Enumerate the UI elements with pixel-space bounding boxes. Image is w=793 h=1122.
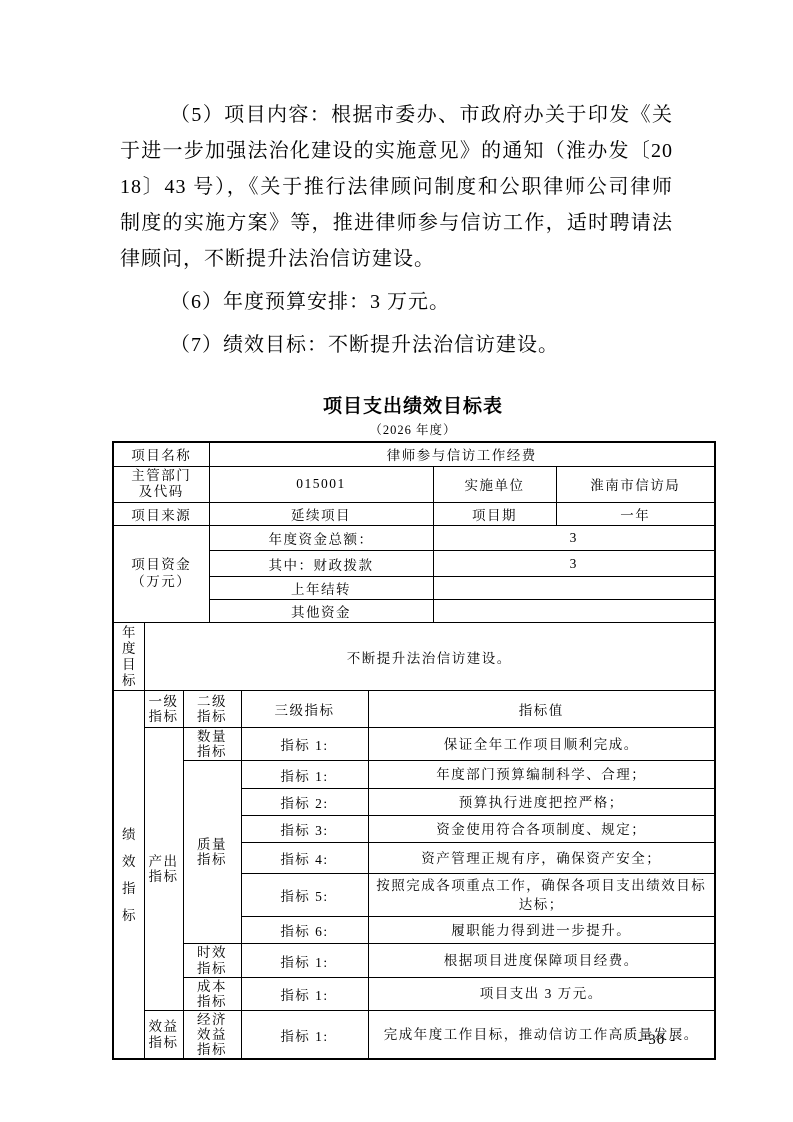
indicator-row: 质量 指标 指标 1: 年度部门预算编制科学、合理； — [113, 761, 715, 789]
indicator-value: 按照完成各项重点工作，确保各项目支出绩效目标达标； — [368, 874, 715, 917]
paragraph-item-5: （5）项目内容：根据市委办、市政府办关于印发《关于进一步加强法治化建设的实施意见… — [120, 97, 673, 277]
row-dept: 主管部门 及代码 015001 实施单位 淮南市信访局 — [113, 466, 715, 503]
level1-benefit: 效益 指标 — [144, 1010, 183, 1059]
level2-quality: 质量 指标 — [183, 761, 241, 944]
indicator-row: 效益 指标 经济 效益 指标 指标 1: 完成年度工作目标，推动信访工作高质量发… — [113, 1010, 715, 1059]
funding-total-label: 年度资金总额： — [209, 526, 433, 551]
funding-carryover-value — [433, 577, 715, 600]
source-value: 延续项目 — [209, 503, 433, 526]
project-name-value: 律师参与信访工作经费 — [209, 442, 715, 466]
funding-fiscal-value: 3 — [433, 551, 715, 577]
level3-label: 指标 5: — [241, 874, 368, 917]
level3-label: 指标 2: — [241, 789, 368, 816]
level3-label: 指标 4: — [241, 843, 368, 874]
level2-timeliness: 时效 指标 — [183, 944, 241, 977]
row-funding-total: 项目资金 （万元） 年度资金总额： 3 — [113, 526, 715, 551]
body-text: （5）项目内容：根据市委办、市政府办关于印发《关于进一步加强法治化建设的实施意见… — [120, 97, 673, 363]
period-label: 项目期 — [433, 503, 556, 526]
row-annual-goal: 年度目标 不断提升法治信访建设。 — [113, 623, 715, 691]
annual-goal-label: 年度目标 — [122, 625, 136, 689]
indicator-value: 根据项目进度保障项目经费。 — [368, 944, 715, 977]
level3-label: 指标 1: — [241, 728, 368, 761]
dept-code-value: 015001 — [209, 466, 433, 503]
level3-label: 指标 6: — [241, 917, 368, 944]
indicator-value: 项目支出 3 万元。 — [368, 977, 715, 1010]
document-page: （5）项目内容：根据市委办、市政府办关于印发《关于进一步加强法治化建设的实施意见… — [0, 0, 793, 1122]
source-label: 项目来源 — [113, 503, 209, 526]
header-level2: 二级 指标 — [183, 691, 241, 728]
annual-goal-label-cell: 年度目标 — [113, 623, 144, 691]
indicator-value: 保证全年工作项目顺利完成。 — [368, 728, 715, 761]
annual-goal-text: 不断提升法治信访建设。 — [144, 623, 715, 691]
funding-total-value: 3 — [433, 526, 715, 551]
impl-unit-label: 实施单位 — [433, 466, 556, 503]
paragraph-item-6: （6）年度预算安排：3 万元。 — [120, 284, 673, 320]
header-level3: 三级指标 — [241, 691, 368, 728]
paragraph-item-7: （7）绩效目标：不断提升法治信访建设。 — [120, 327, 673, 363]
funding-label: 项目资金 （万元） — [113, 526, 209, 623]
indicator-row: 产出 指标 数量 指标 指标 1: 保证全年工作项目顺利完成。 — [113, 728, 715, 761]
indicator-side-cell: 绩效指标 — [113, 691, 144, 1059]
level3-label: 指标 1: — [241, 977, 368, 1010]
funding-carryover-label: 上年结转 — [209, 577, 433, 600]
indicator-value: 履职能力得到进一步提升。 — [368, 917, 715, 944]
row-indicator-header: 绩效指标 一级 指标 二级 指标 三级指标 指标值 — [113, 691, 715, 728]
indicator-value: 资产管理正规有序，确保资产安全； — [368, 843, 715, 874]
level3-label: 指标 1: — [241, 944, 368, 977]
period-value: 一年 — [556, 503, 715, 526]
project-name-label: 项目名称 — [113, 442, 209, 466]
row-project-name: 项目名称 律师参与信访工作经费 — [113, 442, 715, 466]
level3-label: 指标 3: — [241, 816, 368, 843]
level3-label: 指标 1: — [241, 1010, 368, 1059]
indicator-value: 年度部门预算编制科学、合理； — [368, 761, 715, 789]
impl-unit-value: 淮南市信访局 — [556, 466, 715, 503]
level1-output: 产出 指标 — [144, 728, 183, 1011]
funding-fiscal-label: 其中：财政拨款 — [209, 551, 433, 577]
indicator-value: 预算执行进度把控严格； — [368, 789, 715, 816]
level2-quantity: 数量 指标 — [183, 728, 241, 761]
indicator-side-label: 绩效指标 — [122, 821, 136, 929]
level2-economic-benefit: 经济 效益 指标 — [183, 1010, 241, 1059]
header-value: 指标值 — [368, 691, 715, 728]
funding-other-label: 其他资金 — [209, 600, 433, 623]
level2-cost: 成本 指标 — [183, 977, 241, 1010]
indicator-row: 成本 指标 指标 1: 项目支出 3 万元。 — [113, 977, 715, 1010]
table-title: 项目支出绩效目标表 — [112, 391, 714, 418]
row-source: 项目来源 延续项目 项目期 一年 — [113, 503, 715, 526]
page-number: - 30 - — [638, 1032, 677, 1049]
dept-label: 主管部门 及代码 — [113, 466, 209, 503]
performance-goal-table: 项目名称 律师参与信访工作经费 主管部门 及代码 015001 实施单位 淮南市… — [112, 441, 716, 1060]
funding-other-value — [433, 600, 715, 623]
table-subtitle: （2026 年度） — [112, 420, 714, 438]
header-level1: 一级 指标 — [144, 691, 183, 728]
indicator-row: 时效 指标 指标 1: 根据项目进度保障项目经费。 — [113, 944, 715, 977]
level3-label: 指标 1: — [241, 761, 368, 789]
indicator-value: 资金使用符合各项制度、规定； — [368, 816, 715, 843]
